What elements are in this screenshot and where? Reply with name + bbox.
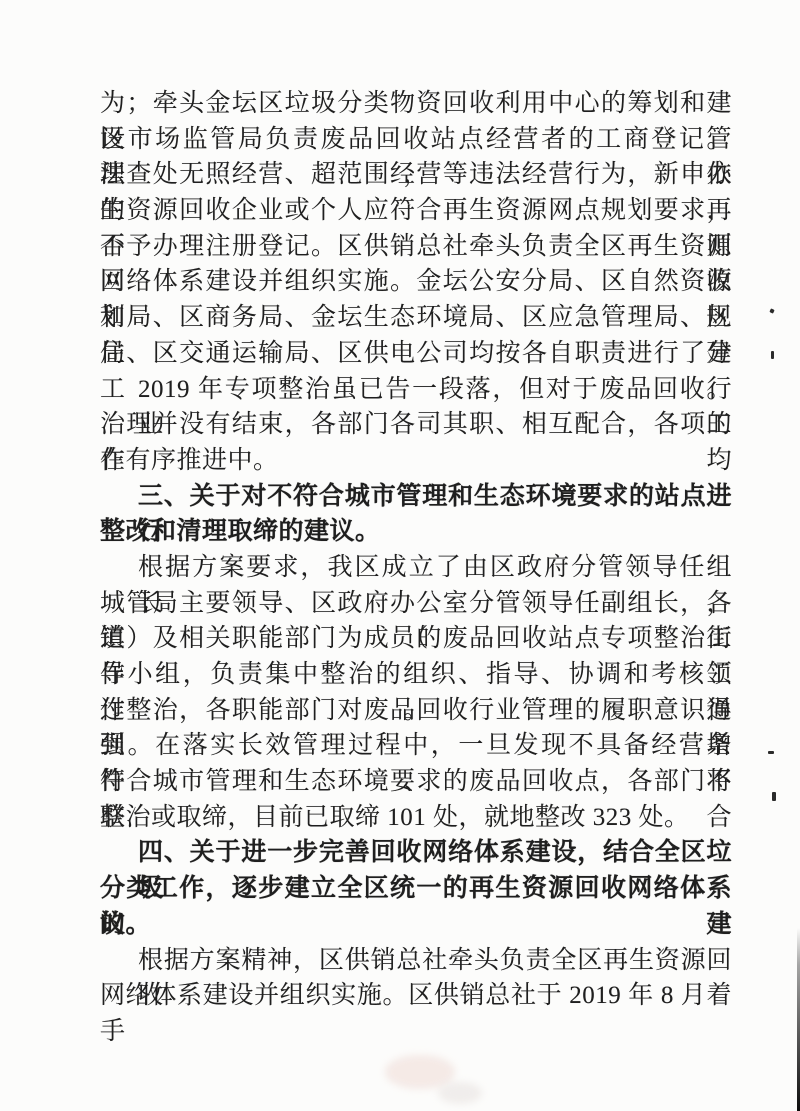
scan-speck: [772, 792, 776, 801]
scan-speck: [768, 751, 774, 754]
paragraph-start-line: 2019 年专项整治虽已告一段落，但对于废品回收行业的: [100, 372, 732, 408]
section-heading-3-line: 整改和清理取缔的建议。: [100, 514, 732, 550]
document-text-block: 为；牵头金坛区垃圾分类物资回收利用中心的筹划和建设。 区市场监管局负责废品回收站…: [100, 86, 732, 1014]
text-line: 划局、区商务局、金坛生态环境局、区应急管理局、区住建: [100, 300, 732, 336]
text-line: 网络体系建设并组织实施。区供销总社于 2019 年 8 月着手: [100, 978, 732, 1014]
text-line: 法查处无照经营、超范围经营等违法经营行为，新申办的再: [100, 157, 732, 193]
section-heading-3-line: 三、关于对不符合城市管理和生态环境要求的站点进行: [100, 479, 732, 515]
paragraph-start-line: 根据方案精神，区供销总社牵头负责全区再生资源回收: [100, 943, 732, 979]
scan-speck: [771, 351, 774, 359]
text-line: 过整治，各职能部门对废品回收行业管理的履职意识得到增: [100, 693, 732, 729]
text-line: 导小组，负责集中整治的组织、指导、协调和考核工作。通: [100, 657, 732, 693]
text-line: 强。在落实长效管理过程中，一旦发现不具备经营条件、不: [100, 728, 732, 764]
text-line: 区市场监管局负责废品回收站点经营者的工商登记管理，依: [100, 122, 732, 158]
paragraph-end-line: 整治或取缔，目前已取缔 101 处，就地整改 323 处。: [100, 800, 732, 836]
text-line: 道）及相关职能部门为成员的废品回收站点专项整治工作领: [100, 621, 732, 657]
text-line: 不予办理注册登记。区供销总社牵头负责全区再生资源回收: [100, 229, 732, 265]
text-line: 符合城市管理和生态环境要求的废品回收点，各部门将联合: [100, 764, 732, 800]
section-heading-4-line: 分类工作，逐步建立全区统一的再生资源回收网络体系的建: [100, 871, 732, 907]
text-line: 为；牵头金坛区垃圾分类物资回收利用中心的筹划和建设。: [100, 86, 732, 122]
text-line: 局、区交通运输局、区供电公司均按各自职责进行了分工。: [100, 336, 732, 372]
text-line: 网络体系建设并组织实施。金坛公安分局、区自然资源和规: [100, 264, 732, 300]
section-heading-4-line: 四、关于进一步完善回收网络体系建设，结合全区垃圾: [100, 835, 732, 871]
text-line: 生资源回收企业或个人应符合再生资源网点规划要求，否则: [100, 193, 732, 229]
scanned-document-page: 为；牵头金坛区垃圾分类物资回收利用中心的筹划和建设。 区市场监管局负责废品回收站…: [0, 0, 800, 1111]
paragraph-start-line: 根据方案要求，我区成立了由区政府分管领导任组长，: [100, 550, 732, 586]
text-line: 治理并没有结束，各部门各司其职、相互配合，各项工作均: [100, 407, 732, 443]
scan-smudge: [438, 1082, 482, 1104]
text-line: 城管局主要领导、区政府办公室分管领导任副组长，各镇（街: [100, 586, 732, 622]
scan-speck: [769, 308, 774, 313]
